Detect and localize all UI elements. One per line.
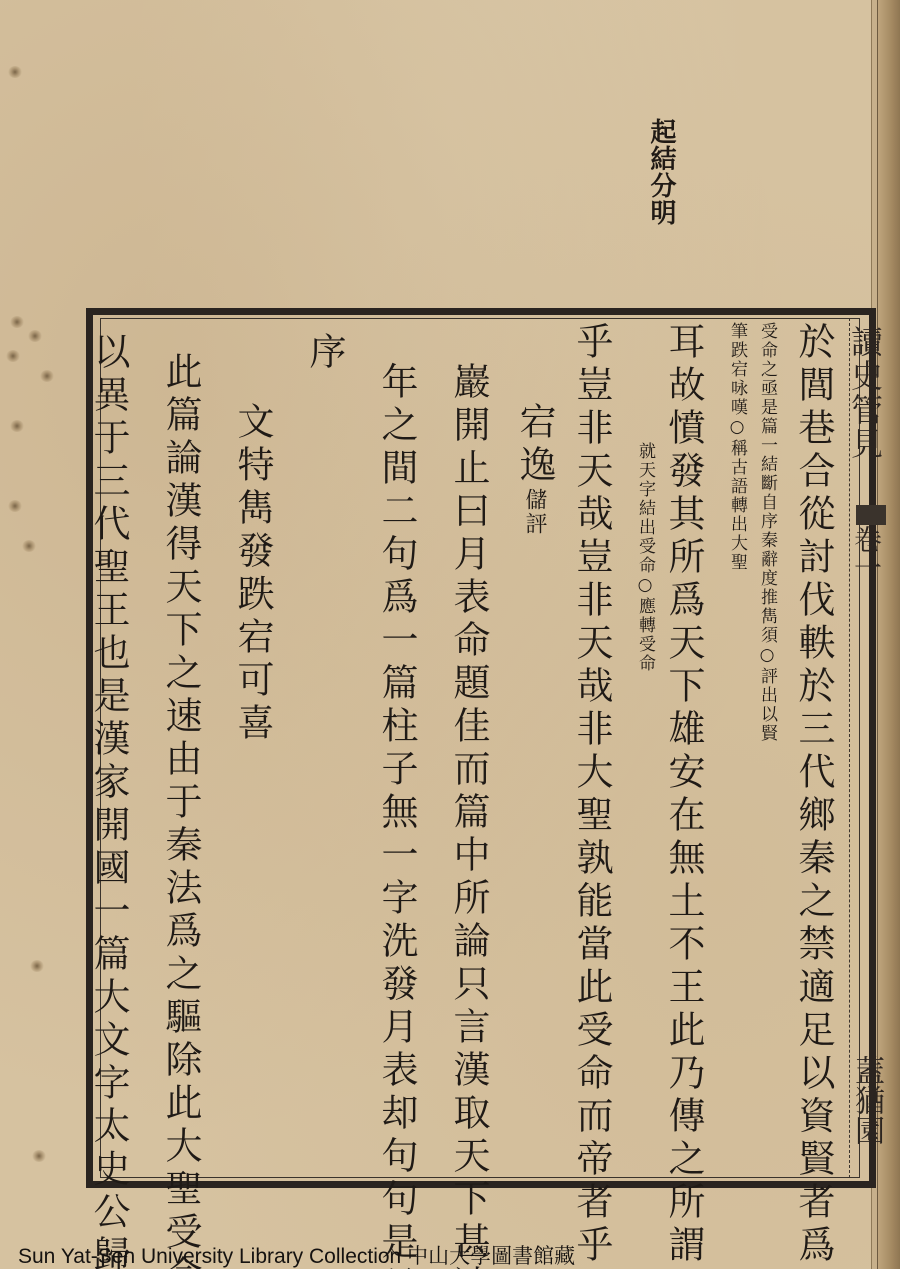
commentary-column-5: 此篇論漢得天下之速由于秦法爲之驅除此大聖受命所 [144,322,216,1182]
paper-damage-hole [32,1150,46,1162]
paper-damage-hole [22,540,36,552]
paper-damage-hole [8,500,22,512]
text-column-2: 耳故憤發其所爲天下雄安在無土不王此乃傳之所謂大聖 [660,322,722,1182]
paper-damage-hole [40,370,54,382]
paper-damage-hole [6,350,20,362]
paper-damage-hole [30,960,44,972]
interlinear-note-2: 筆跌宕咏嘆○稱古語轉出大聖 [722,322,752,1182]
paper-damage-hole [8,66,22,78]
commentary-column-4: 文特雋發跌宕可喜 [216,322,288,1182]
interlinear-note-3: 就天字結出受命○應轉受命 [630,322,660,1182]
publisher-label: 蓋猶園 [858,1055,888,1145]
paper-damage-hole [10,420,24,432]
commentary-column-2: 年之間二句爲一篇柱子無一字洗發月表却句句是月表 [360,322,432,1182]
top-marginal-note: 起結分明 [620,118,680,226]
paper-damage-hole [28,330,42,342]
volume-label: 卷一 [856,505,886,625]
commentary-column-6: 以異于三代聖王也是漢家開國一篇大文字太史公歸重 [72,322,144,1182]
library-watermark: Sun Yat-Sen University Library Collectio… [18,1240,575,1269]
commentary-attribution: 儲評 [522,488,547,536]
paper-damage-hole [10,316,24,328]
commentary-column-3: 序 [288,322,360,1182]
commentary-column-1: 巖開止曰月表命題佳而篇中所論只言漢取天下甚速五 [432,322,504,1182]
text-column-1: 於閭巷合從討伐軼於三代鄉秦之禁適足以資賢者爲驅除難 [782,322,852,1182]
commentary-heading: 宕逸儲評 [504,322,570,1182]
book-title: 讀史管見 [854,325,888,461]
text-column-3: 乎豈非天哉豈非天哉非大聖孰能當此受命而帝者乎 [570,322,630,1182]
interlinear-note-1: 受命之亟是篇一結斷自序秦辭度推雋須○評出以賢 [752,322,782,1182]
commentary-title: 宕逸 [513,402,556,488]
main-text-block: 於閭巷合從討伐軼於三代鄉秦之禁適足以資賢者爲驅除難 受命之亟是篇一結斷自序秦辭度… [112,322,852,1182]
